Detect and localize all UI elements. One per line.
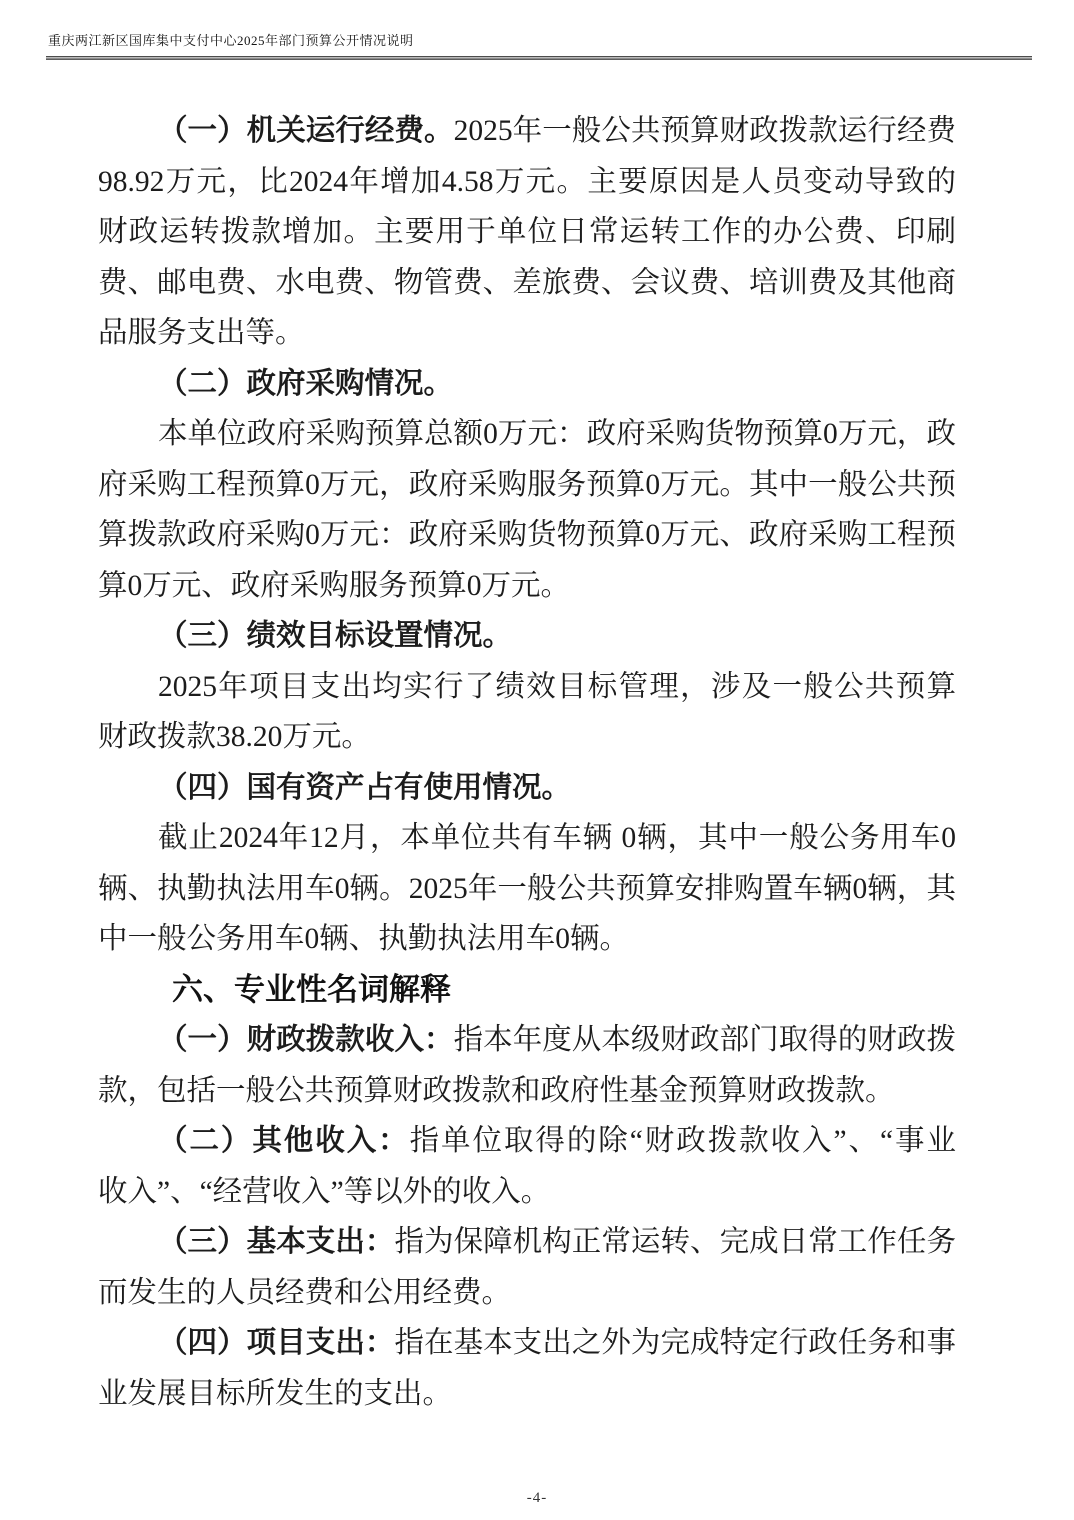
- bold-text-segment: （四）国有资产占有使用情况。: [158, 772, 571, 804]
- text-segment: 收入”、“经营收入”等以外的收入。: [98, 1176, 550, 1208]
- text-segment: 而发生的人员经费和公用经费。: [98, 1277, 511, 1309]
- bold-text-segment: 六、专业性名词解释: [172, 972, 451, 1007]
- bold-text-segment: （一）机关运行经费。: [158, 115, 454, 147]
- text-segment: 业发展目标所发生的支出。: [98, 1378, 452, 1410]
- para-state-assets-heading: （四）国有资产占有使用情况。: [98, 763, 956, 814]
- page-header-title: 重庆两江新区国库集中支付中心2025年部门预算公开情况说明: [48, 31, 414, 51]
- text-segment: 费、邮电费、水电费、物管费、差旅费、会议费、培训费及其他商: [98, 267, 956, 299]
- para-agency-operating-funds: （一）机关运行经费。2025年一般公共预算财政拨款运行经费98.92万元，比20…: [98, 106, 956, 359]
- text-segment: 算拨款政府采购0万元：政府采购货物预算0万元、政府采购工程预: [98, 519, 956, 551]
- text-segment: 指单位取得的除“财政拨款收入”、“事业: [410, 1125, 956, 1157]
- text-segment: 品服务支出等。: [98, 317, 305, 349]
- para-term-other-income: （二）其他收入：指单位取得的除“财政拨款收入”、“事业收入”、“经营收入”等以外…: [98, 1116, 956, 1217]
- text-line: 算拨款政府采购0万元：政府采购货物预算0万元、政府采购工程预: [98, 510, 956, 561]
- para-term-project-expenditure: （四）项目支出：指在基本支出之外为完成特定行政任务和事业发展目标所发生的支出。: [98, 1318, 956, 1419]
- bold-text-segment: （一）财政拨款收入：: [158, 1024, 454, 1056]
- text-line: 财政拨款38.20万元。: [98, 712, 956, 763]
- para-term-basic-expenditure: （三）基本支出：指为保障机构正常运转、完成日常工作任务而发生的人员经费和公用经费…: [98, 1217, 956, 1318]
- document-page: 重庆两江新区国库集中支付中心2025年部门预算公开情况说明 （一）机关运行经费。…: [0, 0, 1074, 1520]
- para-government-procurement-body: 本单位政府采购预算总额0万元：政府采购货物预算0万元，政府采购工程预算0万元，政…: [98, 409, 956, 611]
- text-segment: 算0万元、政府采购服务预算0万元。: [98, 570, 570, 602]
- text-line: 府采购工程预算0万元，政府采购服务预算0万元。其中一般公共预: [98, 460, 956, 511]
- bold-text-segment: （三）基本支出：: [158, 1226, 394, 1258]
- text-line: 本单位政府采购预算总额0万元：政府采购货物预算0万元，政: [98, 409, 956, 460]
- text-segment: 2025年一般公共预算财政拨款运行经费: [454, 115, 956, 147]
- text-segment: 财政运转拨款增加。主要用于单位日常运转工作的办公费、印刷: [98, 216, 956, 248]
- text-segment: 指在基本支出之外为完成特定行政任务和事: [394, 1327, 956, 1359]
- text-line: 辆、执勤执法用车0辆。2025年一般公共预算安排购置车辆0辆，其: [98, 864, 956, 915]
- text-line: 品服务支出等。: [98, 308, 956, 359]
- text-line: （二）政府采购情况。: [98, 359, 956, 410]
- text-line: 中一般公务用车0辆、执勤执法用车0辆。: [98, 914, 956, 965]
- text-segment: 府采购工程预算0万元，政府采购服务预算0万元。其中一般公共预: [98, 469, 956, 501]
- para-state-assets-body: 截止2024年12月，本单位共有车辆 0辆，其中一般公务用车0辆、执勤执法用车0…: [98, 813, 956, 965]
- text-line: （三）基本支出：指为保障机构正常运转、完成日常工作任务: [98, 1217, 956, 1268]
- text-segment: 2025年项目支出均实行了绩效目标管理，涉及一般公共预算: [158, 671, 956, 703]
- text-line: （四）国有资产占有使用情况。: [98, 763, 956, 814]
- para-government-procurement-heading: （二）政府采购情况。: [98, 359, 956, 410]
- text-line: 而发生的人员经费和公用经费。: [98, 1268, 956, 1319]
- section-heading-line: 六、专业性名词解释: [98, 965, 956, 1016]
- text-line: （一）财政拨款收入：指本年度从本级财政部门取得的财政拨: [98, 1015, 956, 1066]
- text-line: 费、邮电费、水电费、物管费、差旅费、会议费、培训费及其他商: [98, 258, 956, 309]
- para-term-fiscal-appropriation-income: （一）财政拨款收入：指本年度从本级财政部门取得的财政拨款，包括一般公共预算财政拨…: [98, 1015, 956, 1116]
- text-segment: 98.92万元，比2024年增加4.58万元。主要原因是人员变动导致的: [98, 166, 956, 198]
- text-line: 业发展目标所发生的支出。: [98, 1369, 956, 1420]
- para-performance-target-body: 2025年项目支出均实行了绩效目标管理，涉及一般公共预算财政拨款38.20万元。: [98, 662, 956, 763]
- text-line: （一）机关运行经费。2025年一般公共预算财政拨款运行经费: [98, 106, 956, 157]
- header-rule-divider: [46, 56, 1032, 60]
- text-line: 截止2024年12月，本单位共有车辆 0辆，其中一般公务用车0: [98, 813, 956, 864]
- text-line: 收入”、“经营收入”等以外的收入。: [98, 1167, 956, 1218]
- bold-text-segment: （二）政府采购情况。: [158, 368, 453, 400]
- text-segment: 截止2024年12月，本单位共有车辆 0辆，其中一般公务用车0: [158, 822, 956, 854]
- text-line: （四）项目支出：指在基本支出之外为完成特定行政任务和事: [98, 1318, 956, 1369]
- text-line: （三）绩效目标设置情况。: [98, 611, 956, 662]
- text-line: 2025年项目支出均实行了绩效目标管理，涉及一般公共预算: [98, 662, 956, 713]
- bold-text-segment: （二）其他收入：: [158, 1125, 410, 1157]
- document-body: （一）机关运行经费。2025年一般公共预算财政拨款运行经费98.92万元，比20…: [98, 106, 956, 1419]
- text-segment: 本单位政府采购预算总额0万元：政府采购货物预算0万元，政: [158, 418, 956, 450]
- text-segment: 指本年度从本级财政部门取得的财政拨: [454, 1024, 956, 1056]
- page-number: -4-: [0, 1490, 1074, 1507]
- text-line: 98.92万元，比2024年增加4.58万元。主要原因是人员变动导致的: [98, 157, 956, 208]
- bold-text-segment: （四）项目支出：: [158, 1327, 394, 1359]
- text-segment: 指为保障机构正常运转、完成日常工作任务: [394, 1226, 956, 1258]
- para-terms-section-heading: 六、专业性名词解释: [98, 965, 956, 1016]
- text-segment: 辆、执勤执法用车0辆。2025年一般公共预算安排购置车辆0辆，其: [98, 873, 956, 905]
- text-segment: 款，包括一般公共预算财政拨款和政府性基金预算财政拨款。: [98, 1075, 895, 1107]
- text-segment: 财政拨款38.20万元。: [98, 721, 371, 753]
- text-line: 算0万元、政府采购服务预算0万元。: [98, 561, 956, 612]
- bold-text-segment: （三）绩效目标设置情况。: [158, 620, 512, 652]
- para-performance-target-heading: （三）绩效目标设置情况。: [98, 611, 956, 662]
- text-segment: 中一般公务用车0辆、执勤执法用车0辆。: [98, 923, 629, 955]
- text-line: 款，包括一般公共预算财政拨款和政府性基金预算财政拨款。: [98, 1066, 956, 1117]
- text-line: 财政运转拨款增加。主要用于单位日常运转工作的办公费、印刷: [98, 207, 956, 258]
- text-line: （二）其他收入：指单位取得的除“财政拨款收入”、“事业: [98, 1116, 956, 1167]
